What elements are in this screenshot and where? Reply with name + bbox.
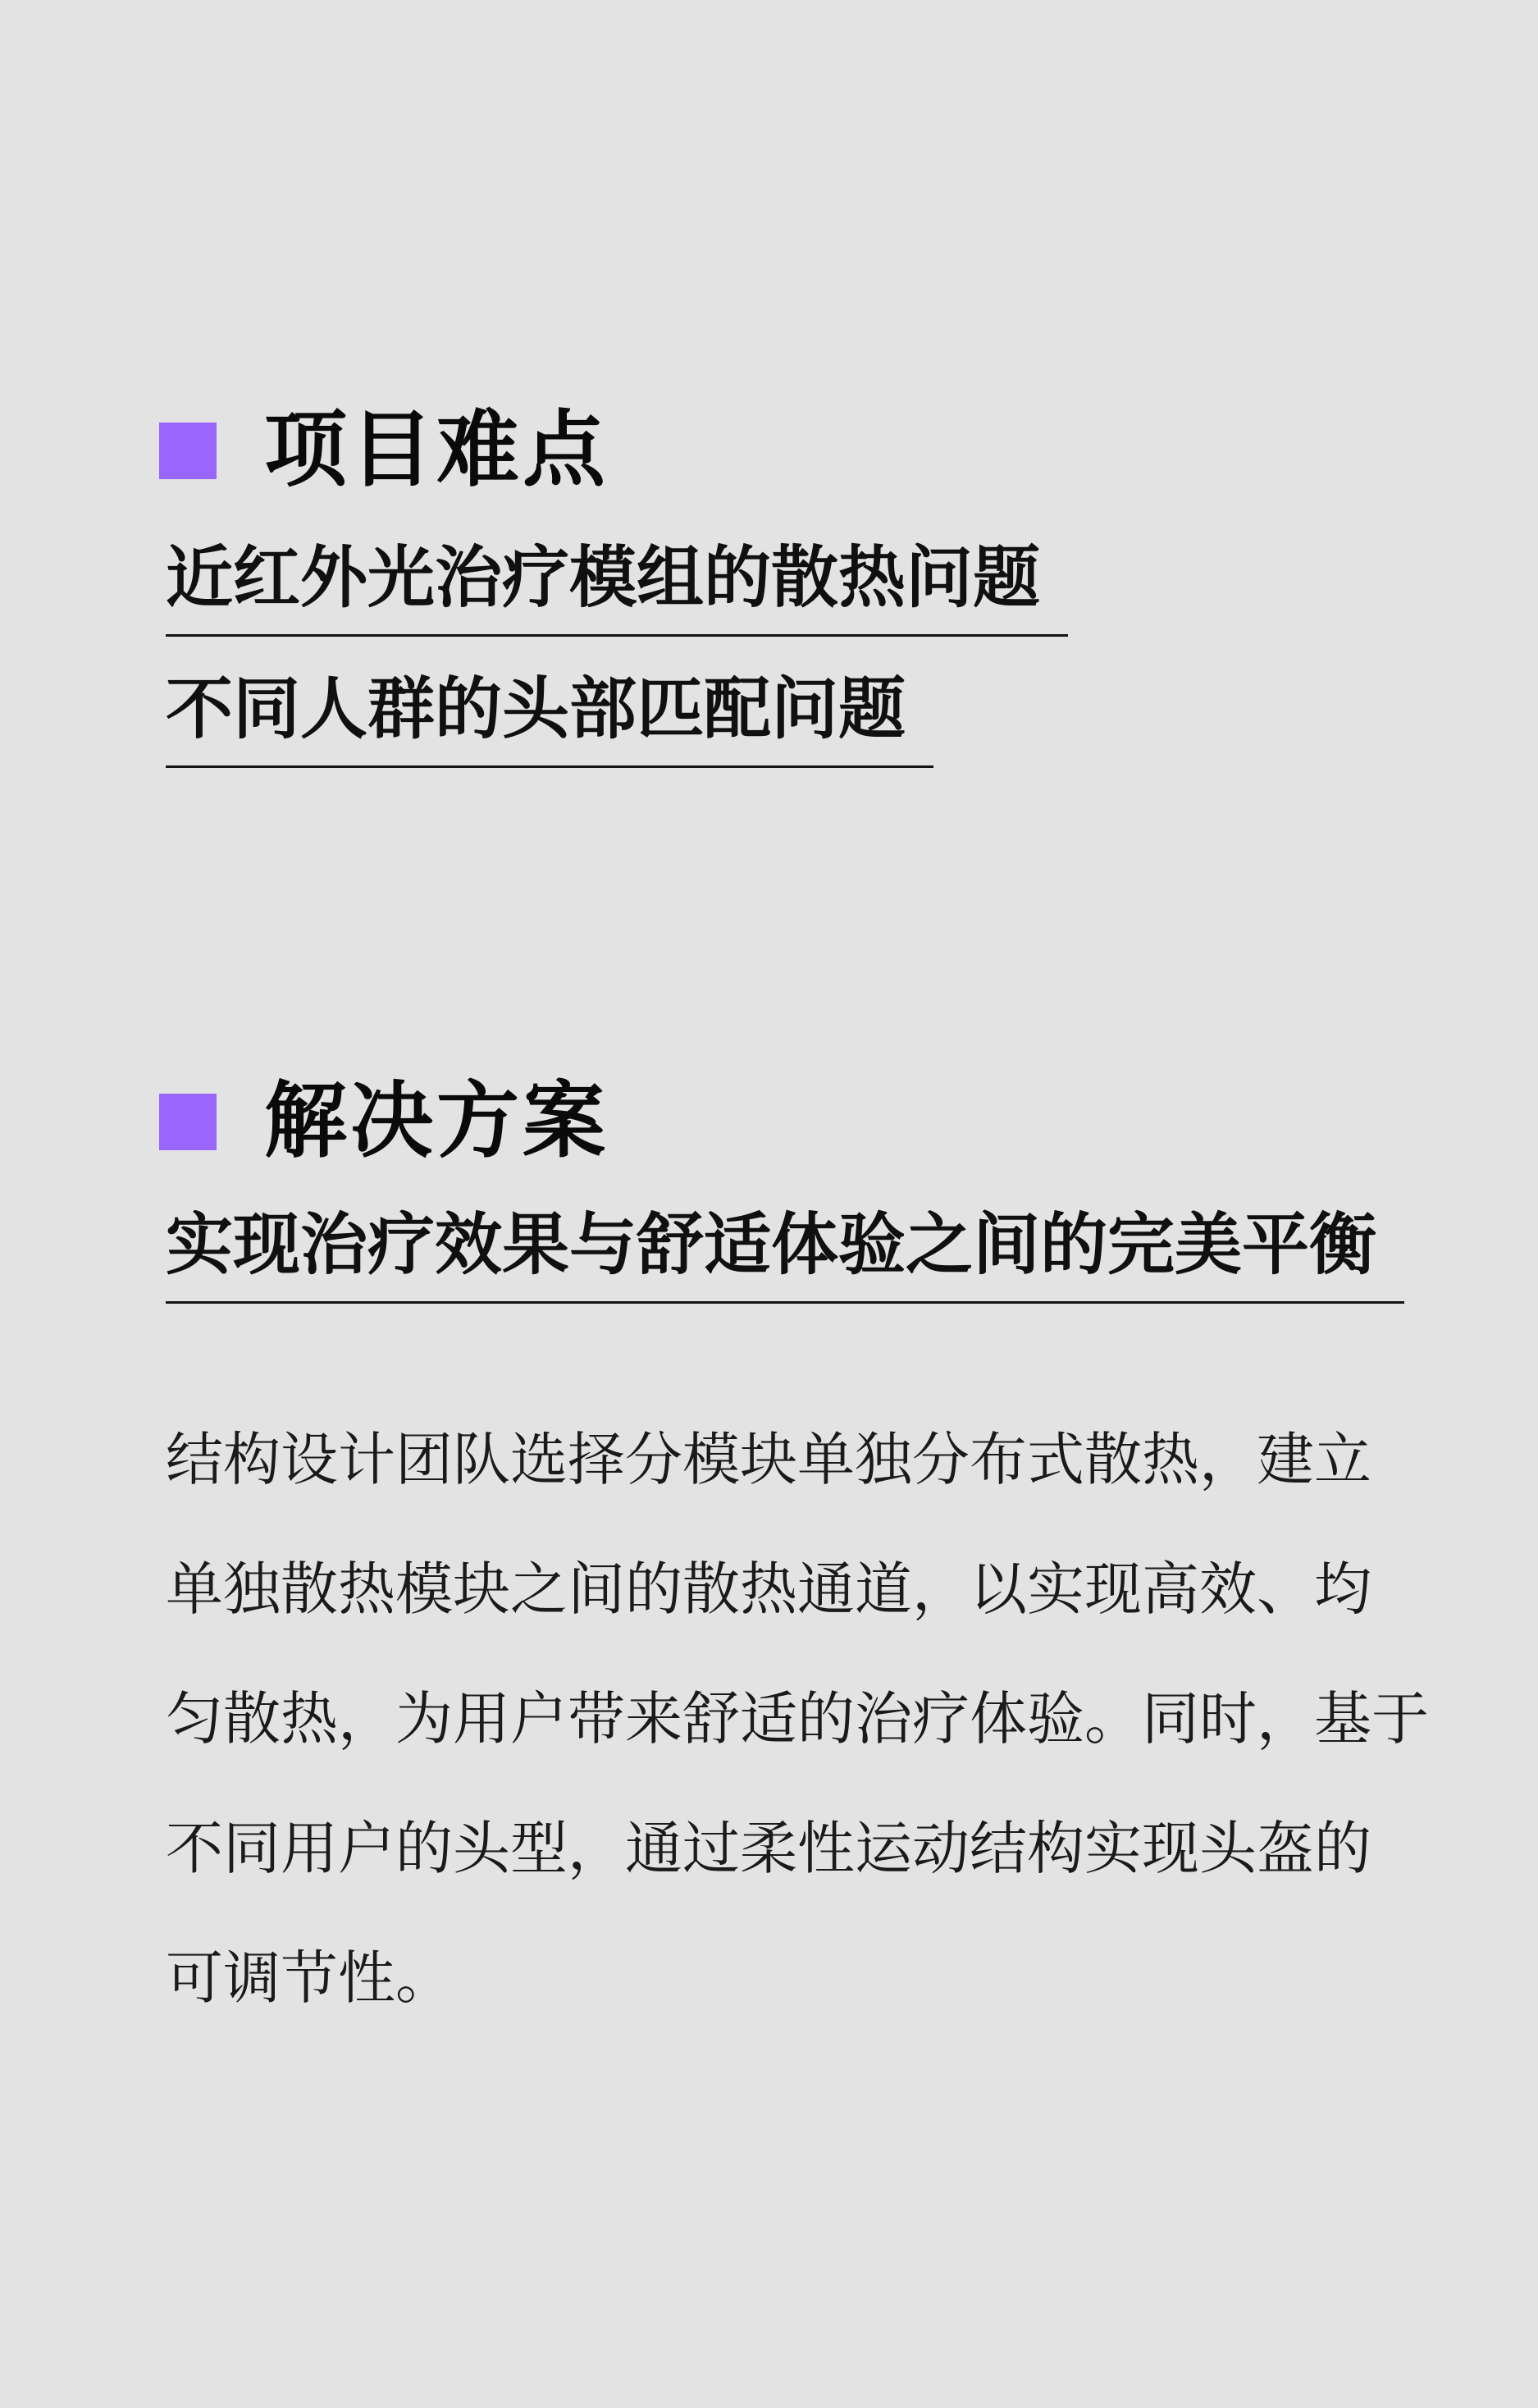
difficulty-item-2: 不同人群的头部匹配问题 xyxy=(166,676,933,768)
section-header-solution: 解决方案 xyxy=(159,1081,609,1163)
difficulty-item-1: 近红外光治疗模组的散热问题 xyxy=(166,545,1068,637)
solution-paragraph: 结构设计团队选择分模块单独分布式散热，建立 单独散热模块之间的散热通道，以实现高… xyxy=(166,1395,1489,2043)
solution-headline-text: 实现治疗效果与舒适体验之间的完美平衡 xyxy=(166,1212,1404,1304)
section-header-difficulties: 项目难点 xyxy=(159,409,609,492)
section-title-difficulties: 项目难点 xyxy=(264,409,609,492)
solution-headline: 实现治疗效果与舒适体验之间的完美平衡 xyxy=(166,1212,1404,1304)
section-title-solution: 解决方案 xyxy=(264,1081,609,1163)
case-study-page: 项目难点 近红外光治疗模组的散热问题 不同人群的头部匹配问题 解决方案 实现治疗… xyxy=(0,0,1538,2408)
bullet-square-icon xyxy=(159,1094,217,1150)
difficulty-item-1-text: 近红外光治疗模组的散热问题 xyxy=(166,545,1068,637)
difficulty-item-2-text: 不同人群的头部匹配问题 xyxy=(166,676,933,768)
bullet-square-icon xyxy=(159,423,217,479)
